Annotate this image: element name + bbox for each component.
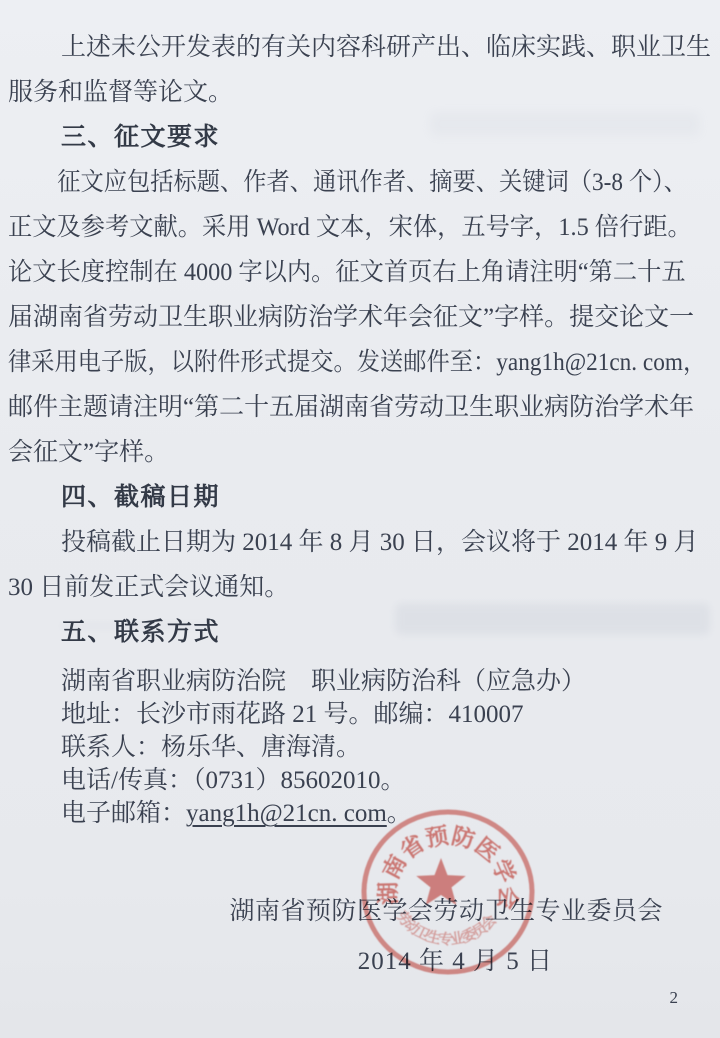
section-3-line: 律采用电子版，以附件形式提交。发送邮件至：yang1h@21cn. com， (8, 340, 663, 385)
section-3-line: 论文长度控制在 4000 字以内。征文首页右上角请注明“第二十五 (8, 250, 691, 295)
section-3-heading: 三、征文要求 (8, 115, 712, 160)
email-label: 电子邮箱： (61, 800, 186, 827)
scanned-document-page: 上述未公开发表的有关内容科研产出、临床实践、职业卫生 服务和监督等论文。 三、征… (0, 0, 720, 1038)
document-body: 上述未公开发表的有关内容科研产出、临床实践、职业卫生 服务和监督等论文。 三、征… (8, 25, 712, 984)
section-3-line: 届湖南省劳动卫生职业病防治学术年会征文”字样。提交论文一 (8, 295, 712, 340)
contact-line: 地址：长沙市雨花路 21 号。邮编：410007 (8, 698, 712, 731)
section-3-line: 征文应包括标题、作者、通讯作者、摘要、关键词（3-8 个）、 (8, 160, 663, 205)
contact-line: 联系人：杨乐华、唐海清。 (8, 731, 712, 764)
intro-line: 服务和监督等论文。 (8, 70, 712, 115)
section-5-heading: 五、联系方式 (8, 610, 712, 655)
email-suffix: 。 (387, 800, 412, 827)
contact-line-email: 电子邮箱：yang1h@21cn. com。 (8, 797, 712, 830)
email-address: yang1h@21cn. com (186, 800, 387, 827)
section-3-line: 邮件主题请注明“第二十五届湖南省劳动卫生职业病防治学术年 (8, 385, 712, 430)
intro-line: 上述未公开发表的有关内容科研产出、临床实践、职业卫生 (8, 25, 712, 70)
page-number: 2 (670, 988, 679, 1008)
section-3-line: 正文及参考文献。采用 Word 文本，宋体，五号字，1.5 倍行距。 (8, 205, 691, 250)
date-line: 2014 年 4 月 5 日 (8, 939, 712, 984)
section-4-line: 30 日前发正式会议通知。 (8, 565, 712, 610)
section-4-heading: 四、截稿日期 (8, 475, 712, 520)
contact-line: 电话/传真：（0731）85602010。 (8, 764, 712, 797)
section-4-line: 投稿截止日期为 2014 年 8 月 30 日，会议将于 2014 年 9 月 (8, 520, 712, 565)
contact-line: 湖南省职业病防治院 职业病防治科（应急办） (8, 665, 712, 698)
section-3-line: 会征文”字样。 (8, 430, 712, 475)
signature-line: 湖南省预防医学会劳动卫生专业委员会 (8, 889, 712, 934)
